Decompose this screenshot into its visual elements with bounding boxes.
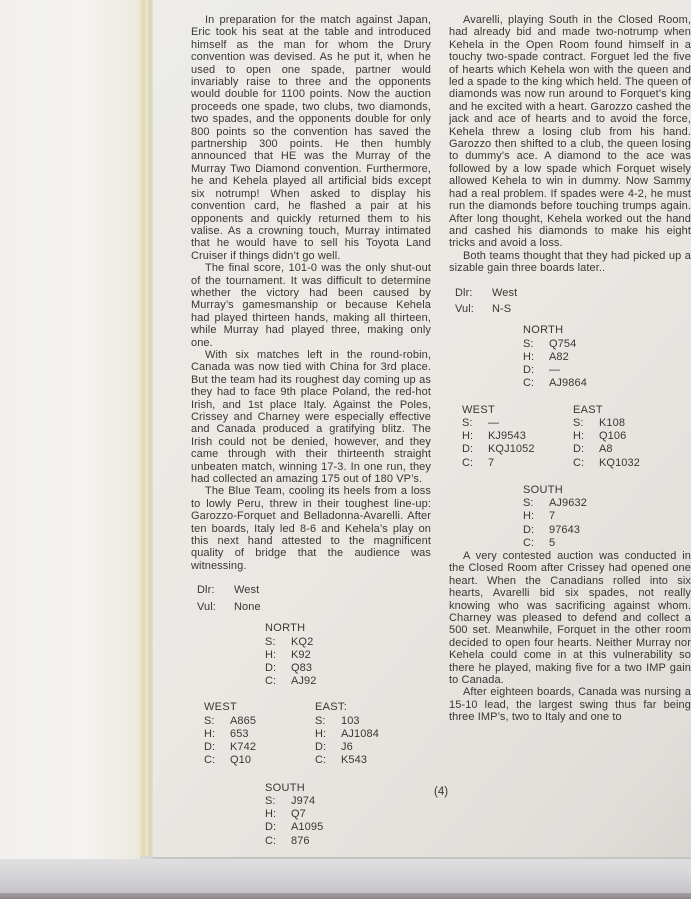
dealer-value: West [492,287,517,299]
suit-label: D: [523,524,549,537]
suit-row: S:K108 [573,417,640,430]
suit-row: C:7 [462,457,573,470]
paragraph: After eighteen boards, Canada was nursin… [449,686,691,723]
suit-row: S:Q754 [523,338,691,351]
hand-south: SOUTH S:J974H:Q7D:A1095C:876 [265,782,431,848]
suit-cards: A82 [549,351,569,364]
suit-label: C: [265,675,291,688]
hand-west: WEST S:—H:KJ9543D:KQJ1052C:7 [462,404,573,470]
vulnerability-value: None [234,601,261,613]
suit-row: D:— [523,364,691,377]
suit-label: S: [265,636,291,649]
underlying-page-edge [0,0,140,860]
paragraph: With six matches left in the round-robin… [191,349,431,485]
suit-label: C: [315,754,341,767]
suit-cards: 97643 [549,524,580,537]
hands-west-east: WEST S:A865H:653D:K742C:Q10 EAST: S:103H… [191,701,431,767]
paragraph: The Blue Team, cooling its heels from a … [191,485,431,572]
desk-edge [0,893,691,899]
suit-row: C:KQ1032 [573,457,640,470]
suit-cards: 653 [230,728,249,741]
suit-row: H:KJ9543 [462,430,573,443]
paragraph: A very contested auction was conducted i… [449,550,691,686]
suit-label: S: [265,795,291,808]
suit-label: D: [315,741,341,754]
suit-label: H: [265,808,291,821]
hand-title-north: NORTH [265,622,431,634]
suit-row: S:A865 [204,715,315,728]
suit-label: H: [265,649,291,662]
suit-cards: — [488,417,499,430]
hand-north: NORTH S:KQ2H:K92D:Q83C:AJ92 [265,622,431,688]
suit-row: S:AJ9632 [523,497,691,510]
suit-label: D: [265,662,291,675]
suit-row: C:876 [265,835,431,848]
suit-cards: K92 [291,649,311,662]
suit-label: H: [523,351,549,364]
suit-row: H:K92 [265,649,431,662]
vulnerability-label: Vul: [197,601,234,613]
suit-row: D:K742 [204,741,315,754]
paragraph: The final score, 101-0 was the only shut… [191,262,431,349]
suit-row: C:K543 [315,754,379,767]
deal-diagram-1: Dlr: West Vul: None NORTH S:KQ2H:K92D:Q8… [191,584,431,847]
hand-east: EAST S:K108H:Q106D:A8C:KQ1032 [573,404,640,470]
vulnerability-row: Vul: None [197,601,431,613]
hands-west-east: WEST S:—H:KJ9543D:KQJ1052C:7 EAST S:K108… [449,404,691,470]
suit-cards: A865 [230,715,256,728]
suit-cards: K742 [230,741,256,754]
suit-row: C:AJ92 [265,675,431,688]
suit-label: H: [462,430,488,443]
hand-title-west: WEST [204,701,315,713]
dealer-label: Dlr: [197,584,234,596]
suit-row: H:A82 [523,351,691,364]
vulnerability-label: Vul: [455,303,492,315]
suit-cards: 5 [549,537,555,550]
hand-north: NORTH S:Q754H:A82D:—C:AJ9864 [523,324,691,390]
suit-row: H:Q106 [573,430,640,443]
suit-cards: Q83 [291,662,312,675]
suit-row: H:7 [523,510,691,523]
suit-row: D:Q83 [265,662,431,675]
hand-title-south: SOUTH [523,484,691,496]
dealer-value: West [234,584,259,596]
suit-cards: KQ1032 [599,457,640,470]
suit-label: C: [204,754,230,767]
suit-row: S:J974 [265,795,431,808]
suit-label: D: [265,821,291,834]
suit-cards: 876 [291,835,310,848]
hand-title-south: SOUTH [265,782,431,794]
suit-row: D:A1095 [265,821,431,834]
hand-east: EAST: S:103H:AJ1084D:J6C:K543 [315,701,379,767]
suit-row: D:97643 [523,524,691,537]
suit-cards: 7 [549,510,555,523]
suit-label: D: [573,443,599,456]
suit-row: D:J6 [315,741,379,754]
hand-title-east: EAST [573,404,640,416]
suit-row: H:Q7 [265,808,431,821]
page-number: (4) [434,786,448,798]
suit-label: H: [315,728,341,741]
suit-label: H: [523,510,549,523]
paragraph: Avarelli, playing South in the Closed Ro… [449,14,691,250]
suit-row: S:KQ2 [265,636,431,649]
suit-label: H: [573,430,599,443]
hand-west: WEST S:A865H:653D:K742C:Q10 [204,701,315,767]
suit-label: C: [462,457,488,470]
suit-cards: K543 [341,754,367,767]
dealer-label: Dlr: [455,287,492,299]
suit-row: C:Q10 [204,754,315,767]
left-column: In preparation for the match against Jap… [191,14,431,848]
suit-cards: Q754 [549,338,576,351]
suit-cards: KJ9543 [488,430,526,443]
suit-label: D: [523,364,549,377]
suit-row: D:KQJ1052 [462,443,573,456]
suit-label: S: [204,715,230,728]
suit-label: C: [523,537,549,550]
hand-title-east: EAST: [315,701,379,713]
suit-cards: AJ1084 [341,728,379,741]
desk-surface [0,859,691,893]
suit-row: D:A8 [573,443,640,456]
suit-cards: AJ92 [291,675,316,688]
suit-label: S: [523,497,549,510]
suit-cards: J6 [341,741,353,754]
binding-crease [138,0,153,856]
right-column: Avarelli, playing South in the Closed Ro… [449,14,691,724]
suit-cards: Q106 [599,430,626,443]
suit-label: S: [573,417,599,430]
paragraph: In preparation for the match against Jap… [191,14,431,262]
suit-label: H: [204,728,230,741]
suit-cards: 7 [488,457,494,470]
suit-cards: 103 [341,715,360,728]
dealer-row: Dlr: West [197,584,431,596]
suit-row: H:653 [204,728,315,741]
suit-cards: KQJ1052 [488,443,535,456]
suit-label: S: [315,715,341,728]
magazine-page: In preparation for the match against Jap… [153,0,691,859]
hand-title-north: NORTH [523,324,691,336]
suit-cards: Q7 [291,808,306,821]
suit-label: C: [523,377,549,390]
suit-label: S: [462,417,488,430]
suit-row: S:— [462,417,573,430]
suit-cards: — [549,364,560,377]
suit-label: D: [204,741,230,754]
hand-title-west: WEST [462,404,573,416]
vulnerability-value: N-S [492,303,511,315]
scanned-book-photo: In preparation for the match against Jap… [0,0,691,899]
suit-label: C: [265,835,291,848]
suit-cards: A1095 [291,821,323,834]
suit-cards: KQ2 [291,636,313,649]
suit-label: C: [573,457,599,470]
suit-label: S: [523,338,549,351]
suit-cards: K108 [599,417,625,430]
suit-cards: AJ9632 [549,497,587,510]
suit-cards: J974 [291,795,315,808]
suit-cards: Q10 [230,754,251,767]
vulnerability-row: Vul: N-S [455,303,691,315]
dealer-row: Dlr: West [455,287,691,299]
suit-cards: A8 [599,443,613,456]
suit-cards: AJ9864 [549,377,587,390]
suit-row: C:5 [523,537,691,550]
hand-south: SOUTH S:AJ9632H:7D:97643C:5 [523,484,691,550]
suit-row: S:103 [315,715,379,728]
paragraph: Both teams thought that they had picked … [449,250,691,275]
deal-diagram-2: Dlr: West Vul: N-S NORTH S:Q754H:A82D:—C… [449,287,691,550]
suit-row: H:AJ1084 [315,728,379,741]
suit-row: C:AJ9864 [523,377,691,390]
suit-label: D: [462,443,488,456]
